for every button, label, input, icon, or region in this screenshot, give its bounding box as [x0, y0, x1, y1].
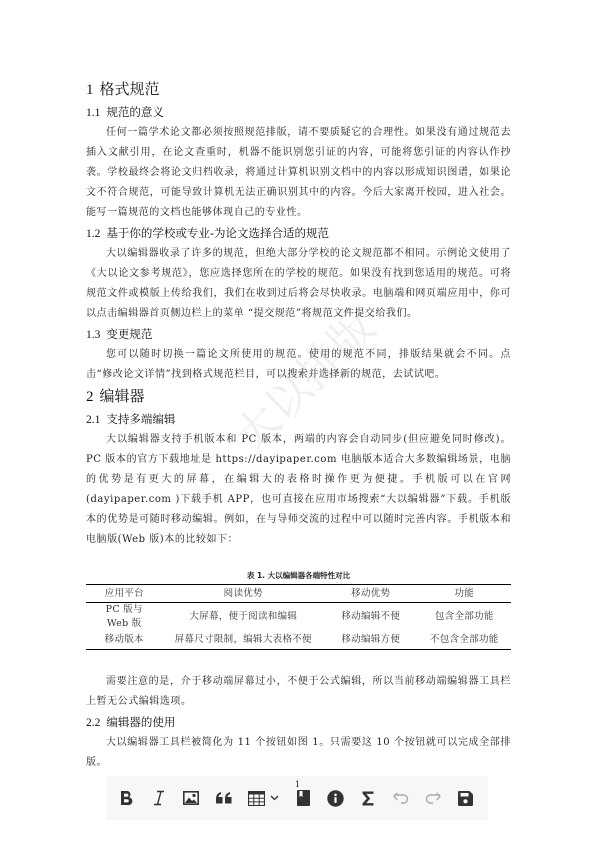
subsection-title: 支持多端编辑 — [106, 412, 175, 426]
bookmark-icon — [297, 790, 310, 806]
subsection-title: 变更规范 — [106, 327, 152, 341]
table-cell: 移动版本 — [86, 631, 163, 650]
undo-icon — [393, 792, 409, 804]
chevron-down-icon — [270, 795, 279, 801]
italic-button[interactable] — [149, 787, 170, 809]
table-header-cell: 功能 — [418, 585, 512, 603]
table-header-cell: 应用平台 — [86, 585, 163, 603]
subsection-title: 基于你的学校或专业-为论文选择合适的规范 — [106, 226, 329, 240]
subsection-heading-2-1: 2.1支持多端编辑 — [86, 409, 511, 430]
table-icon — [248, 791, 265, 806]
subsection-number: 1.3 — [86, 329, 100, 341]
bold-button[interactable] — [116, 787, 137, 809]
table-cell: PC 版与 Web 版 — [86, 603, 163, 632]
subsection-heading-1-1: 1.1规范的意义 — [86, 102, 511, 123]
redo-button[interactable] — [423, 787, 444, 809]
table-cell: 移动编辑不便 — [324, 603, 418, 632]
table-cell: 包含全部功能 — [418, 603, 512, 632]
table-dropdown-toggle[interactable] — [270, 787, 279, 809]
table-cell: 大屏幕，便于阅读和编辑 — [163, 603, 325, 632]
table-button[interactable] — [246, 787, 267, 809]
formula-button[interactable] — [358, 787, 379, 809]
table-cell: 移动编辑方便 — [324, 631, 418, 650]
table-header-cell: 阅读优势 — [163, 585, 325, 603]
subsection-heading-1-2: 1.2基于你的学校或专业-为论文选择合适的规范 — [86, 223, 511, 244]
table-cell: 不包含全部功能 — [418, 631, 512, 650]
image-button[interactable] — [181, 787, 202, 809]
subsection-number: 2.1 — [86, 414, 100, 426]
page-number: 1 — [0, 780, 595, 789]
section-number: 1 — [86, 82, 94, 98]
paragraph: 您可以随时切换一篇论文所使用的规范。使用的规范不同，排版结果就会不同。点击“修改… — [86, 345, 511, 385]
subsection-title: 编辑器的使用 — [106, 715, 175, 729]
bookmark-button[interactable] — [293, 787, 314, 809]
table-header-cell: 移动优势 — [324, 585, 418, 603]
sigma-icon — [362, 791, 374, 806]
undo-button[interactable] — [390, 787, 411, 809]
save-icon — [458, 791, 473, 806]
table-header-row: 应用平台 阅读优势 移动优势 功能 — [86, 585, 511, 603]
paragraph: 需要注意的是，介于移动端屏幕过小，不便于公式编辑，所以当前移动端编辑器工具栏上暂… — [86, 672, 511, 712]
bold-icon — [119, 790, 133, 806]
section-title: 格式规范 — [100, 80, 160, 98]
table-cell: 屏幕尺寸限制，编辑大表格不便 — [163, 631, 325, 650]
subsection-number: 2.2 — [86, 717, 100, 729]
subsection-heading-2-2: 2.2编辑器的使用 — [86, 712, 511, 733]
italic-icon — [153, 790, 165, 806]
section-heading-2: 2编辑器 — [86, 385, 511, 408]
subsection-number: 1.2 — [86, 228, 100, 240]
paragraph: 大以编辑器工具栏被简化为 11 个按钮如图 1。只需要这 10 个按钮就可以完成… — [86, 733, 511, 773]
redo-icon — [425, 792, 441, 804]
paragraph: 大以编辑器收录了许多的规范，但绝大部分学校的论文规范都不相同。示例论文使用了《大… — [86, 244, 511, 324]
quote-button[interactable] — [214, 787, 235, 809]
paragraph: 任何一篇学术论文都必须按照规范排版，请不要质疑它的合理性。如果没有通过规范去插入… — [86, 123, 511, 223]
section-number: 2 — [86, 389, 94, 405]
table-caption: 表 1. 大以编辑器各端特性对比 — [86, 570, 511, 581]
subsection-heading-1-3: 1.3变更规范 — [86, 324, 511, 345]
subsection-title: 规范的意义 — [106, 105, 164, 119]
table-row: 移动版本 屏幕尺寸限制，编辑大表格不便 移动编辑方便 不包含全部功能 — [86, 631, 511, 650]
save-button[interactable] — [455, 787, 476, 809]
paragraph: 大以编辑器支持手机版本和 PC 版本，两端的内容会自动同步(但应避免同时修改)。… — [86, 430, 511, 550]
image-icon — [183, 791, 199, 805]
document-page: 1格式规范 1.1规范的意义 任何一篇学术论文都必须按照规范排版，请不要质疑它的… — [86, 78, 511, 820]
quote-icon — [216, 792, 232, 804]
info-button[interactable] — [325, 787, 346, 809]
spacer — [86, 650, 511, 672]
info-icon — [327, 790, 344, 807]
section-heading-1: 1格式规范 — [86, 78, 511, 101]
table-row: PC 版与 Web 版 大屏幕，便于阅读和编辑 移动编辑不便 包含全部功能 — [86, 603, 511, 632]
comparison-table: 应用平台 阅读优势 移动优势 功能 PC 版与 Web 版 大屏幕，便于阅读和编… — [86, 584, 511, 650]
section-title: 编辑器 — [100, 387, 145, 405]
subsection-number: 1.1 — [86, 107, 100, 119]
